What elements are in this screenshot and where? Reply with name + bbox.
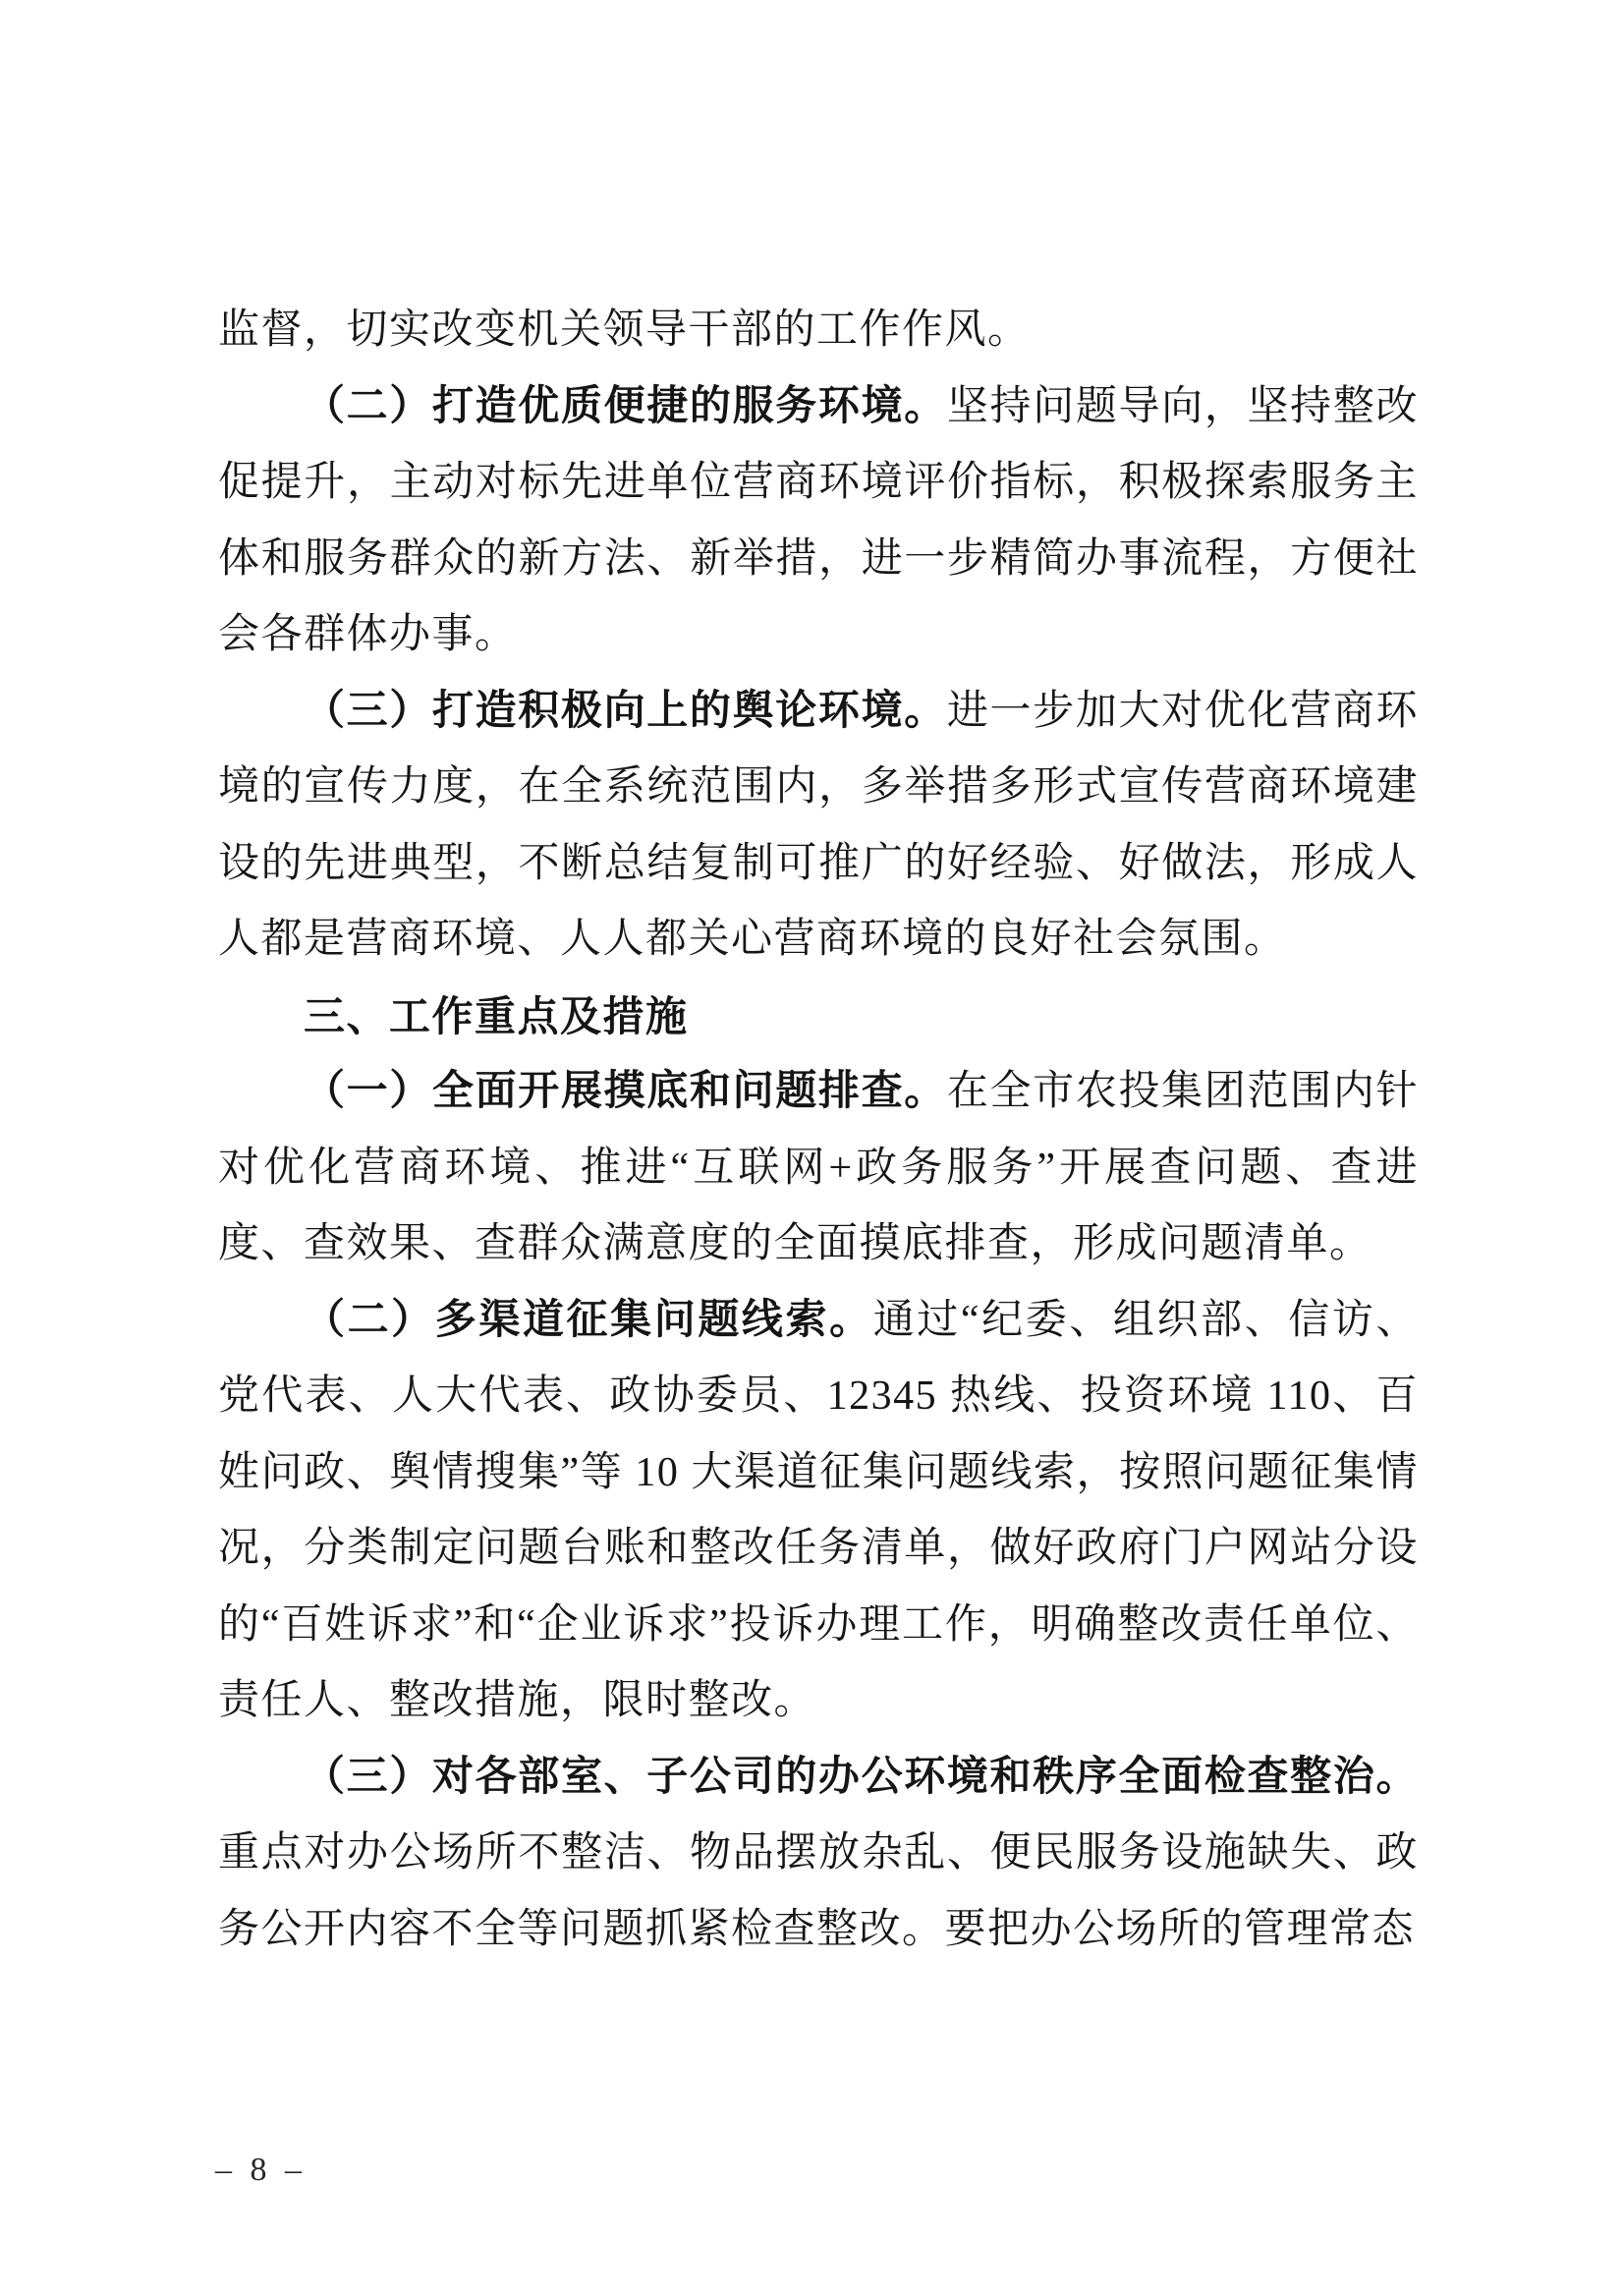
paragraph-lead: （三）对各部室、子公司的办公环境和秩序全面检查整治。 xyxy=(304,1755,1419,1800)
page-number: – 8 – xyxy=(215,2152,307,2189)
paragraph-continuation: 监督，切实改变机关领导干部的工作作风。 xyxy=(218,293,1419,369)
paragraph-measure-2: （二）多渠道征集问题线索。通过“纪委、组织部、信访、党代表、人大代表、政协委员、… xyxy=(218,1283,1419,1740)
paragraph-measure-3: （三）对各部室、子公司的办公环境和秩序全面检查整治。重点对办公场所不整洁、物品摆… xyxy=(218,1740,1419,1969)
paragraph-lead: （二）打造优质便捷的服务环境。 xyxy=(304,384,947,429)
paragraph-text: 监督，切实改变机关领导干部的工作作风。 xyxy=(218,308,1031,353)
document-body: 监督，切实改变机关领导干部的工作作风。 （二）打造优质便捷的服务环境。坚持问题导… xyxy=(218,293,1419,1968)
paragraph-lead: （三）打造积极向上的舆论环境。 xyxy=(304,689,947,734)
chapter-heading: 三、工作重点及措施 xyxy=(218,979,1419,1055)
paragraph-section-3: （三）打造积极向上的舆论环境。进一步加大对优化营商环境的宣传力度，在全系统范围内… xyxy=(218,674,1419,979)
paragraph-text: 重点对办公场所不整洁、物品摆放杂乱、便民服务设施缺失、政务公开内容不全等问题抓紧… xyxy=(218,1830,1419,1952)
paragraph-section-2: （二）打造优质便捷的服务环境。坚持问题导向，坚持整改促提升，主动对标先进单位营商… xyxy=(218,369,1419,674)
paragraph-measure-1: （一）全面开展摸底和问题排查。在全市农投集团范围内针对优化营商环境、推进“互联网… xyxy=(218,1054,1419,1283)
chapter-heading-text: 三、工作重点及措施 xyxy=(304,993,689,1039)
paragraph-lead: （二）多渠道征集问题线索。 xyxy=(304,1298,873,1343)
paragraph-text: 通过“纪委、组织部、信访、党代表、人大代表、政协委员、12345 热线、投资环境… xyxy=(218,1298,1419,1724)
document-page: 监督，切实改变机关领导干部的工作作风。 （二）打造优质便捷的服务环境。坚持问题导… xyxy=(0,0,1623,2296)
paragraph-lead: （一）全面开展摸底和问题排查。 xyxy=(304,1069,947,1114)
